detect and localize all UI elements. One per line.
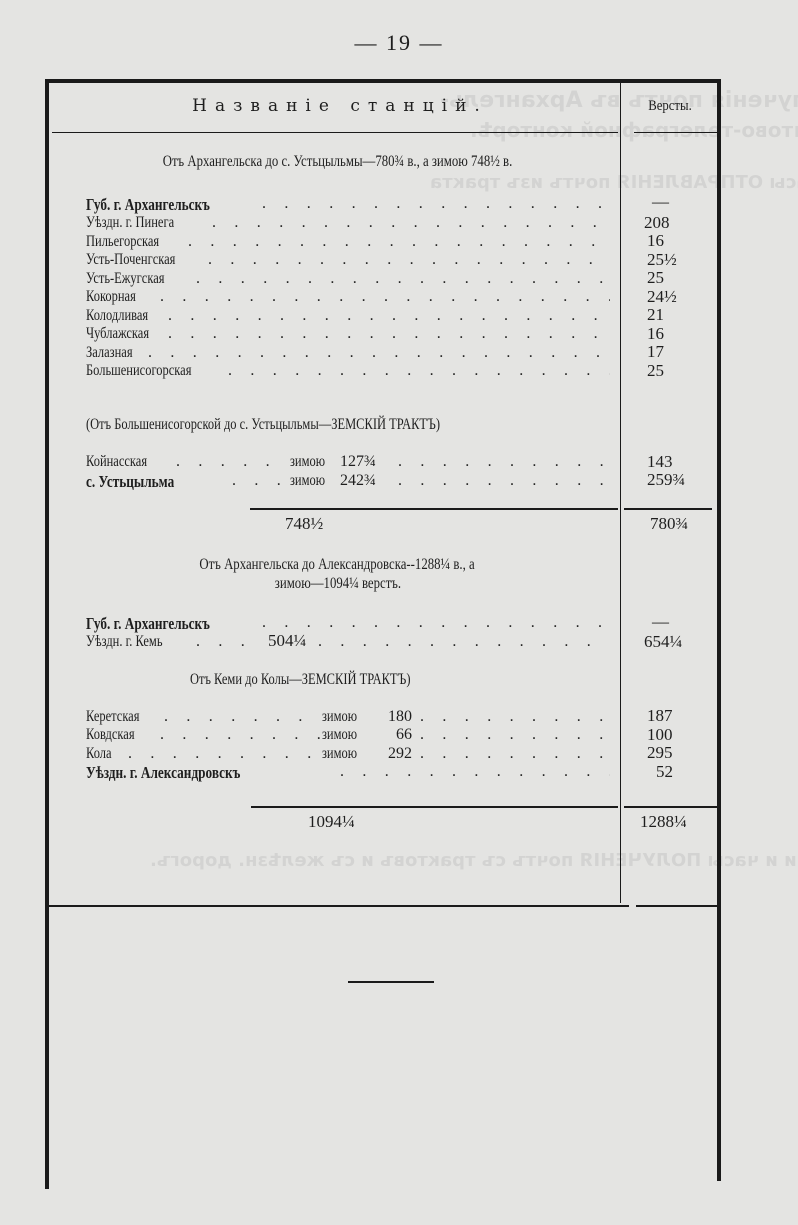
leader-dots: . . . . . . . . . . . . . . . . . . . . …: [228, 362, 610, 380]
leader-dots: . . . . . . . . . . . . . . . . . . . . …: [160, 288, 610, 306]
winter-distance: зимою 180: [322, 708, 367, 727]
total-versts-1: 780¾: [650, 514, 688, 534]
total-winter-2: 1094¼: [308, 812, 355, 832]
leader-dots: . . . . . . . . . . . . . . . . . . . . …: [262, 614, 610, 632]
station-row: Кола: [86, 745, 119, 764]
versts-value: 143: [647, 452, 673, 472]
header-bottom-line-right: [634, 132, 718, 133]
leader-dots: . . . . . . . . . .: [160, 726, 320, 744]
station-row: Уѣздн. г. Пинега: [86, 214, 199, 233]
column-divider: [620, 83, 621, 903]
table-top-border: [45, 79, 720, 83]
versts-value: 208: [644, 213, 670, 233]
versts-value: 25: [647, 268, 664, 288]
zemsky-note-1: (Отъ Большенисогорской до с. Устьцыльмы—…: [86, 416, 540, 435]
leader-dots: . . . . . . . . . . . . . . . . . . . . …: [168, 325, 610, 343]
versts-value: 25½: [647, 250, 677, 270]
winter-distance: зимою 292: [322, 745, 367, 764]
station-row: Большенисогорская: [86, 362, 221, 381]
versts-value: 21: [647, 305, 664, 325]
sum-line-winter-2: [251, 806, 618, 808]
leader-dots: . . . . . . . . . . . . . . . . . . . . …: [212, 214, 610, 232]
station-row: Губ. г. Архангельскъ: [86, 614, 245, 633]
header-bottom-line: [52, 132, 618, 133]
table-left-border: [45, 79, 49, 1189]
total-versts-2: 1288¼: [640, 812, 687, 832]
leader-dots: . . . . . . . . . . . . .: [420, 708, 610, 726]
leader-dots: . . . . . . . . . . . . . .: [398, 453, 610, 471]
versts-value: 187: [647, 706, 673, 726]
total-winter-1: 748½: [285, 514, 323, 534]
station-row: с. Устьцыльма: [86, 472, 199, 491]
winter-distance: зимою 127¾: [290, 453, 335, 472]
leader-dots: . . . . . . . . . . . . . . . . . . . .: [318, 633, 610, 651]
page-number: — 19 —: [0, 30, 798, 56]
leader-dots: . . . . .: [196, 633, 264, 651]
versts-value: 17: [647, 342, 664, 362]
station-row: Залазная: [86, 344, 146, 363]
end-dash: [348, 981, 434, 983]
leader-dots: . . . . . . . . . . . . . . . . . . . . …: [196, 270, 610, 288]
sum-line-versts-2: [624, 806, 717, 808]
station-row: Керетская: [86, 708, 155, 727]
bleed-through-text: Дни и часы ПОЛУЧЕНІЯ почтъ съ трактовъ и…: [150, 850, 798, 871]
sum-line-winter-1: [250, 508, 618, 510]
table-bottom-rule: [49, 905, 629, 907]
station-row: Уѣздн. г. Кемь: [86, 633, 184, 652]
leader-dots: . . . . . . . .: [176, 453, 286, 471]
leader-dots: . . . . . . . . . . . . . . . . . . . . …: [208, 251, 610, 269]
station-row: Чублажская: [86, 325, 167, 344]
table-right-border: [717, 79, 721, 1181]
leader-dots: . . . . . . . . . . . . . .: [398, 472, 610, 490]
versts-value: —: [652, 612, 669, 632]
winter-distance: зимою 66: [322, 726, 367, 745]
leader-dots: . . . . . . . . . . . . .: [128, 745, 320, 763]
station-row: Койнасская: [86, 453, 164, 472]
versts-value: 52: [656, 762, 673, 782]
column-header-versts: Версты.: [629, 98, 711, 115]
versts-value: 16: [647, 231, 664, 251]
leader-dots: . . . . . . . . . .: [164, 708, 320, 726]
station-row: Усть-Почeнгская: [86, 251, 201, 270]
station-row: Уѣздн. г. Александровскъ: [86, 763, 284, 782]
station-row: Ковдская: [86, 726, 148, 745]
leader-dots: . . . . . . . . . . . . . . . . . . . . …: [168, 307, 610, 325]
leader-dots: . . . . . . . . . . . . . . . . . . . . …: [188, 233, 610, 251]
zemsky-note-2: Отъ Кеми до Колы—ЗЕМСКІЙ ТРАКТЪ): [190, 671, 473, 689]
station-row: Пильегорская: [86, 233, 180, 252]
versts-value: —: [652, 192, 669, 212]
station-row: Усть-Ежугская: [86, 270, 187, 289]
versts-value: 25: [647, 361, 664, 381]
winter-distance: 504¼: [268, 631, 306, 651]
route-title-1: Отъ Архангельска до с. Устьцыльмы—780¾ в…: [60, 153, 615, 171]
leader-dots: . . . . . . . . . . . . .: [420, 745, 610, 763]
versts-value: 16: [647, 324, 664, 344]
route-title-2: Отъ Архангельска до Александровска--1288…: [60, 556, 615, 574]
leader-dots: . . . . . . . . . . . . . . . . . . . . …: [148, 344, 610, 362]
sum-line-versts-1: [624, 508, 712, 510]
versts-value: 259¾: [647, 470, 685, 490]
versts-value: 24½: [647, 287, 677, 307]
station-row: Губ. г. Архангельскъ: [86, 195, 245, 214]
table-bottom-rule-right: [636, 905, 718, 907]
leader-dots: . . . . . . . . . . . . . . . . . .: [340, 763, 610, 781]
leader-dots: . . . .: [232, 472, 288, 490]
station-row: Кокорная: [86, 288, 150, 307]
column-header-station-names: Названіе станцій.: [100, 96, 580, 116]
versts-value: 100: [647, 725, 673, 745]
station-row: Колодливая: [86, 307, 166, 326]
versts-value: 295: [647, 743, 673, 763]
bleed-through-text: Дни и часы ОТПРАВЛЕНІЯ почтъ изъ тракта: [430, 172, 798, 193]
versts-value: 654¼: [644, 632, 682, 652]
leader-dots: . . . . . . . . . . . . . . . . . . . . …: [262, 195, 610, 213]
winter-distance: зимою 242¾: [290, 472, 335, 491]
bleed-through-text: ской почтово-телеграфной конторѣ.: [470, 118, 798, 142]
route-title-2b: зимою—1094¼ верстъ.: [60, 575, 615, 593]
leader-dots: . . . . . . . . . . . . .: [420, 726, 610, 744]
